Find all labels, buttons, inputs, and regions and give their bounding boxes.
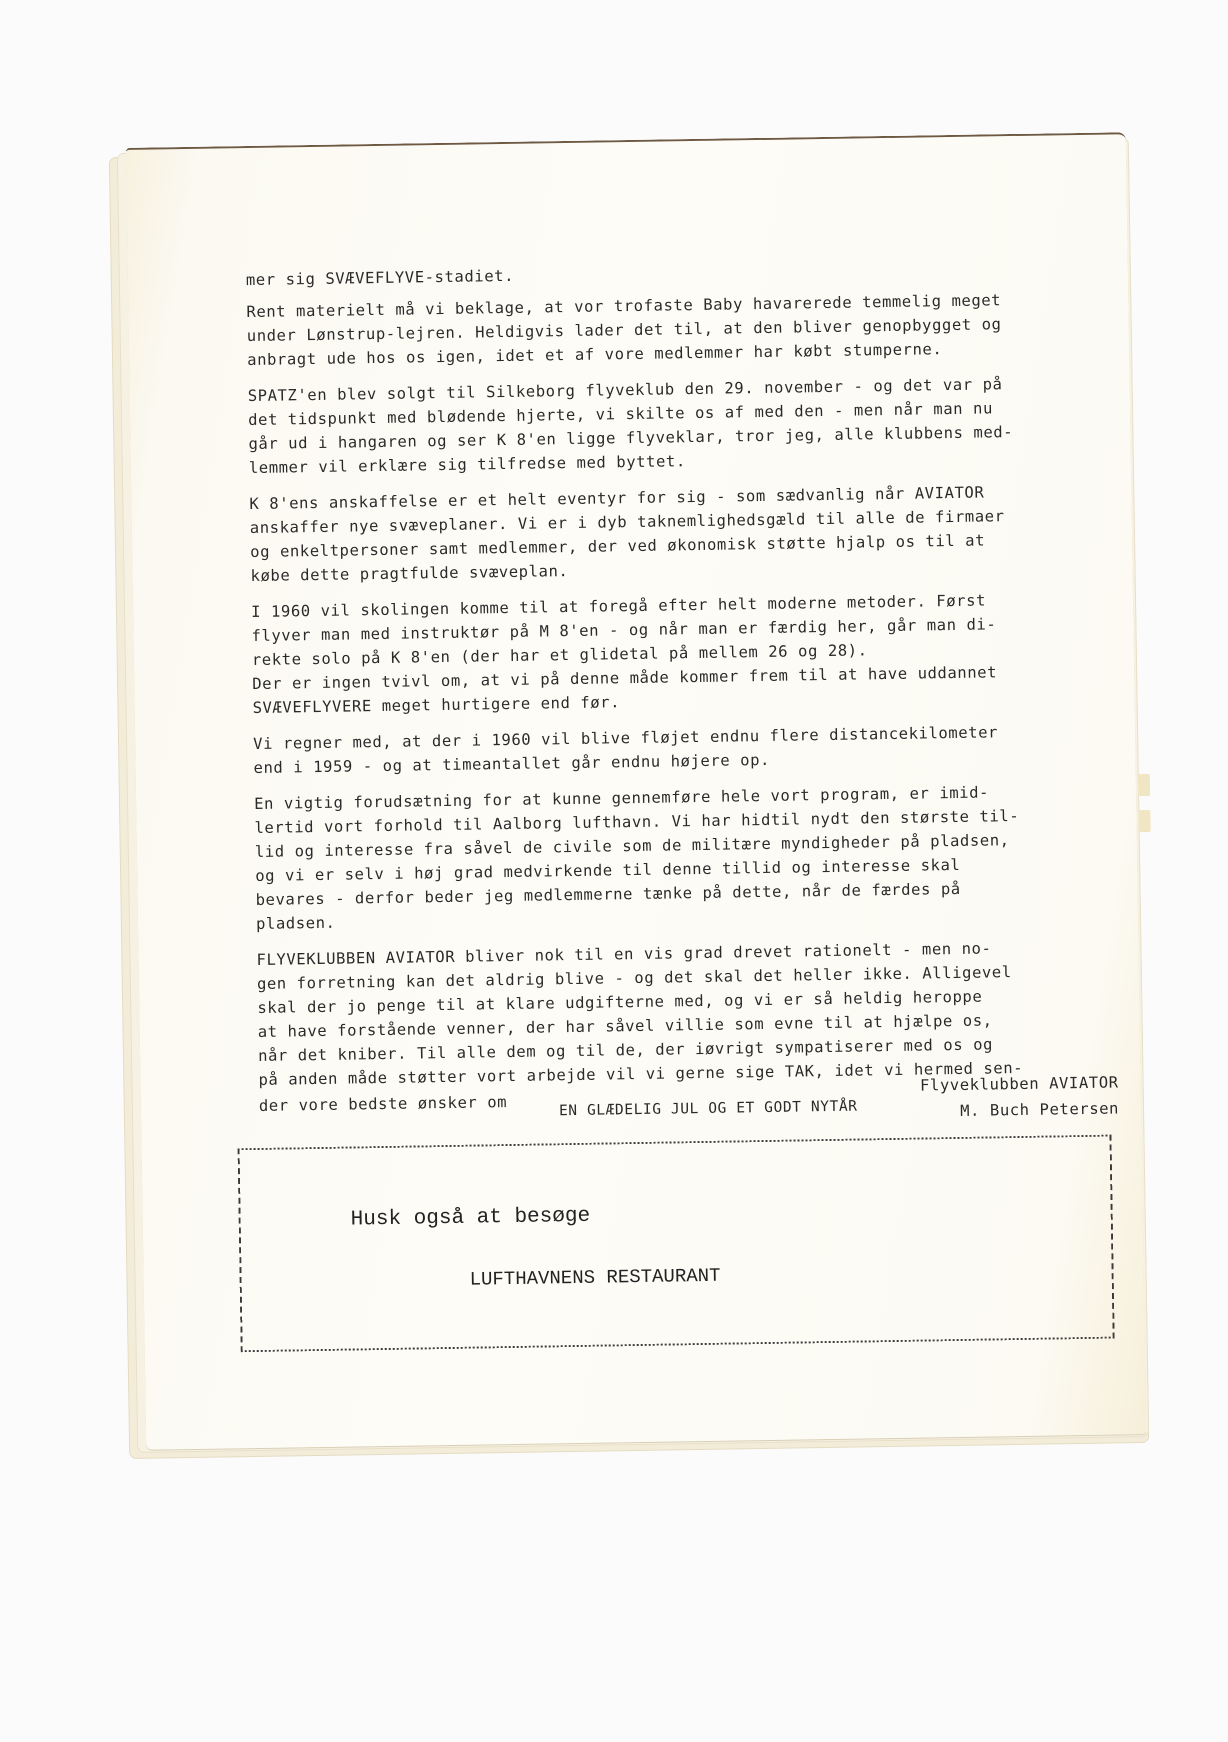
body-text: mer sig SVÆVEFLYVE-stadiet. Rent materie… [246, 255, 1120, 1144]
paragraph-k8: K 8'ens anskaffelse er et helt eventyr f… [249, 479, 1110, 588]
paragraph-distance: Vi regner med, at der i 1960 vil blive f… [253, 718, 1114, 780]
paragraph-airport: En vigtig forudsætning for at kunne genn… [254, 778, 1116, 935]
paragraph-spatz: SPATZ'en blev solgt til Silkeborg flyvek… [248, 371, 1109, 480]
holiday-greeting: EN GLÆDELIG JUL OG ET GODT NYTÅR [559, 1095, 858, 1124]
paragraph-baby: Rent materielt må vi beklage, at vor tro… [246, 287, 1107, 372]
ad-line-restaurant: LUFTHAVNENS RESTAURANT [469, 1265, 720, 1291]
paper-tab [1138, 774, 1150, 796]
advertisement-box: Husk også at besøge LUFTHAVNENS RESTAURA… [238, 1135, 1115, 1353]
document-page: mer sig SVÆVEFLYVE-stadiet. Rent materie… [126, 132, 1146, 1450]
paragraph-thanks: FLYVEKLUBBEN AVIATOR bliver nok til en v… [256, 934, 1118, 1091]
opening-line: mer sig SVÆVEFLYVE-stadiet. [246, 255, 1106, 293]
club-name: Flyveklubben AVIATOR [920, 1070, 1119, 1097]
author-signature: M. Buch Petersen [960, 1096, 1119, 1122]
closing-lead: der vore bedste ønsker om [259, 1090, 508, 1118]
ad-line-visit: Husk også at besøge [351, 1205, 591, 1232]
paper-tab [1138, 810, 1150, 832]
paragraph-training: I 1960 vil skolingen komme til at foregå… [251, 587, 1113, 720]
